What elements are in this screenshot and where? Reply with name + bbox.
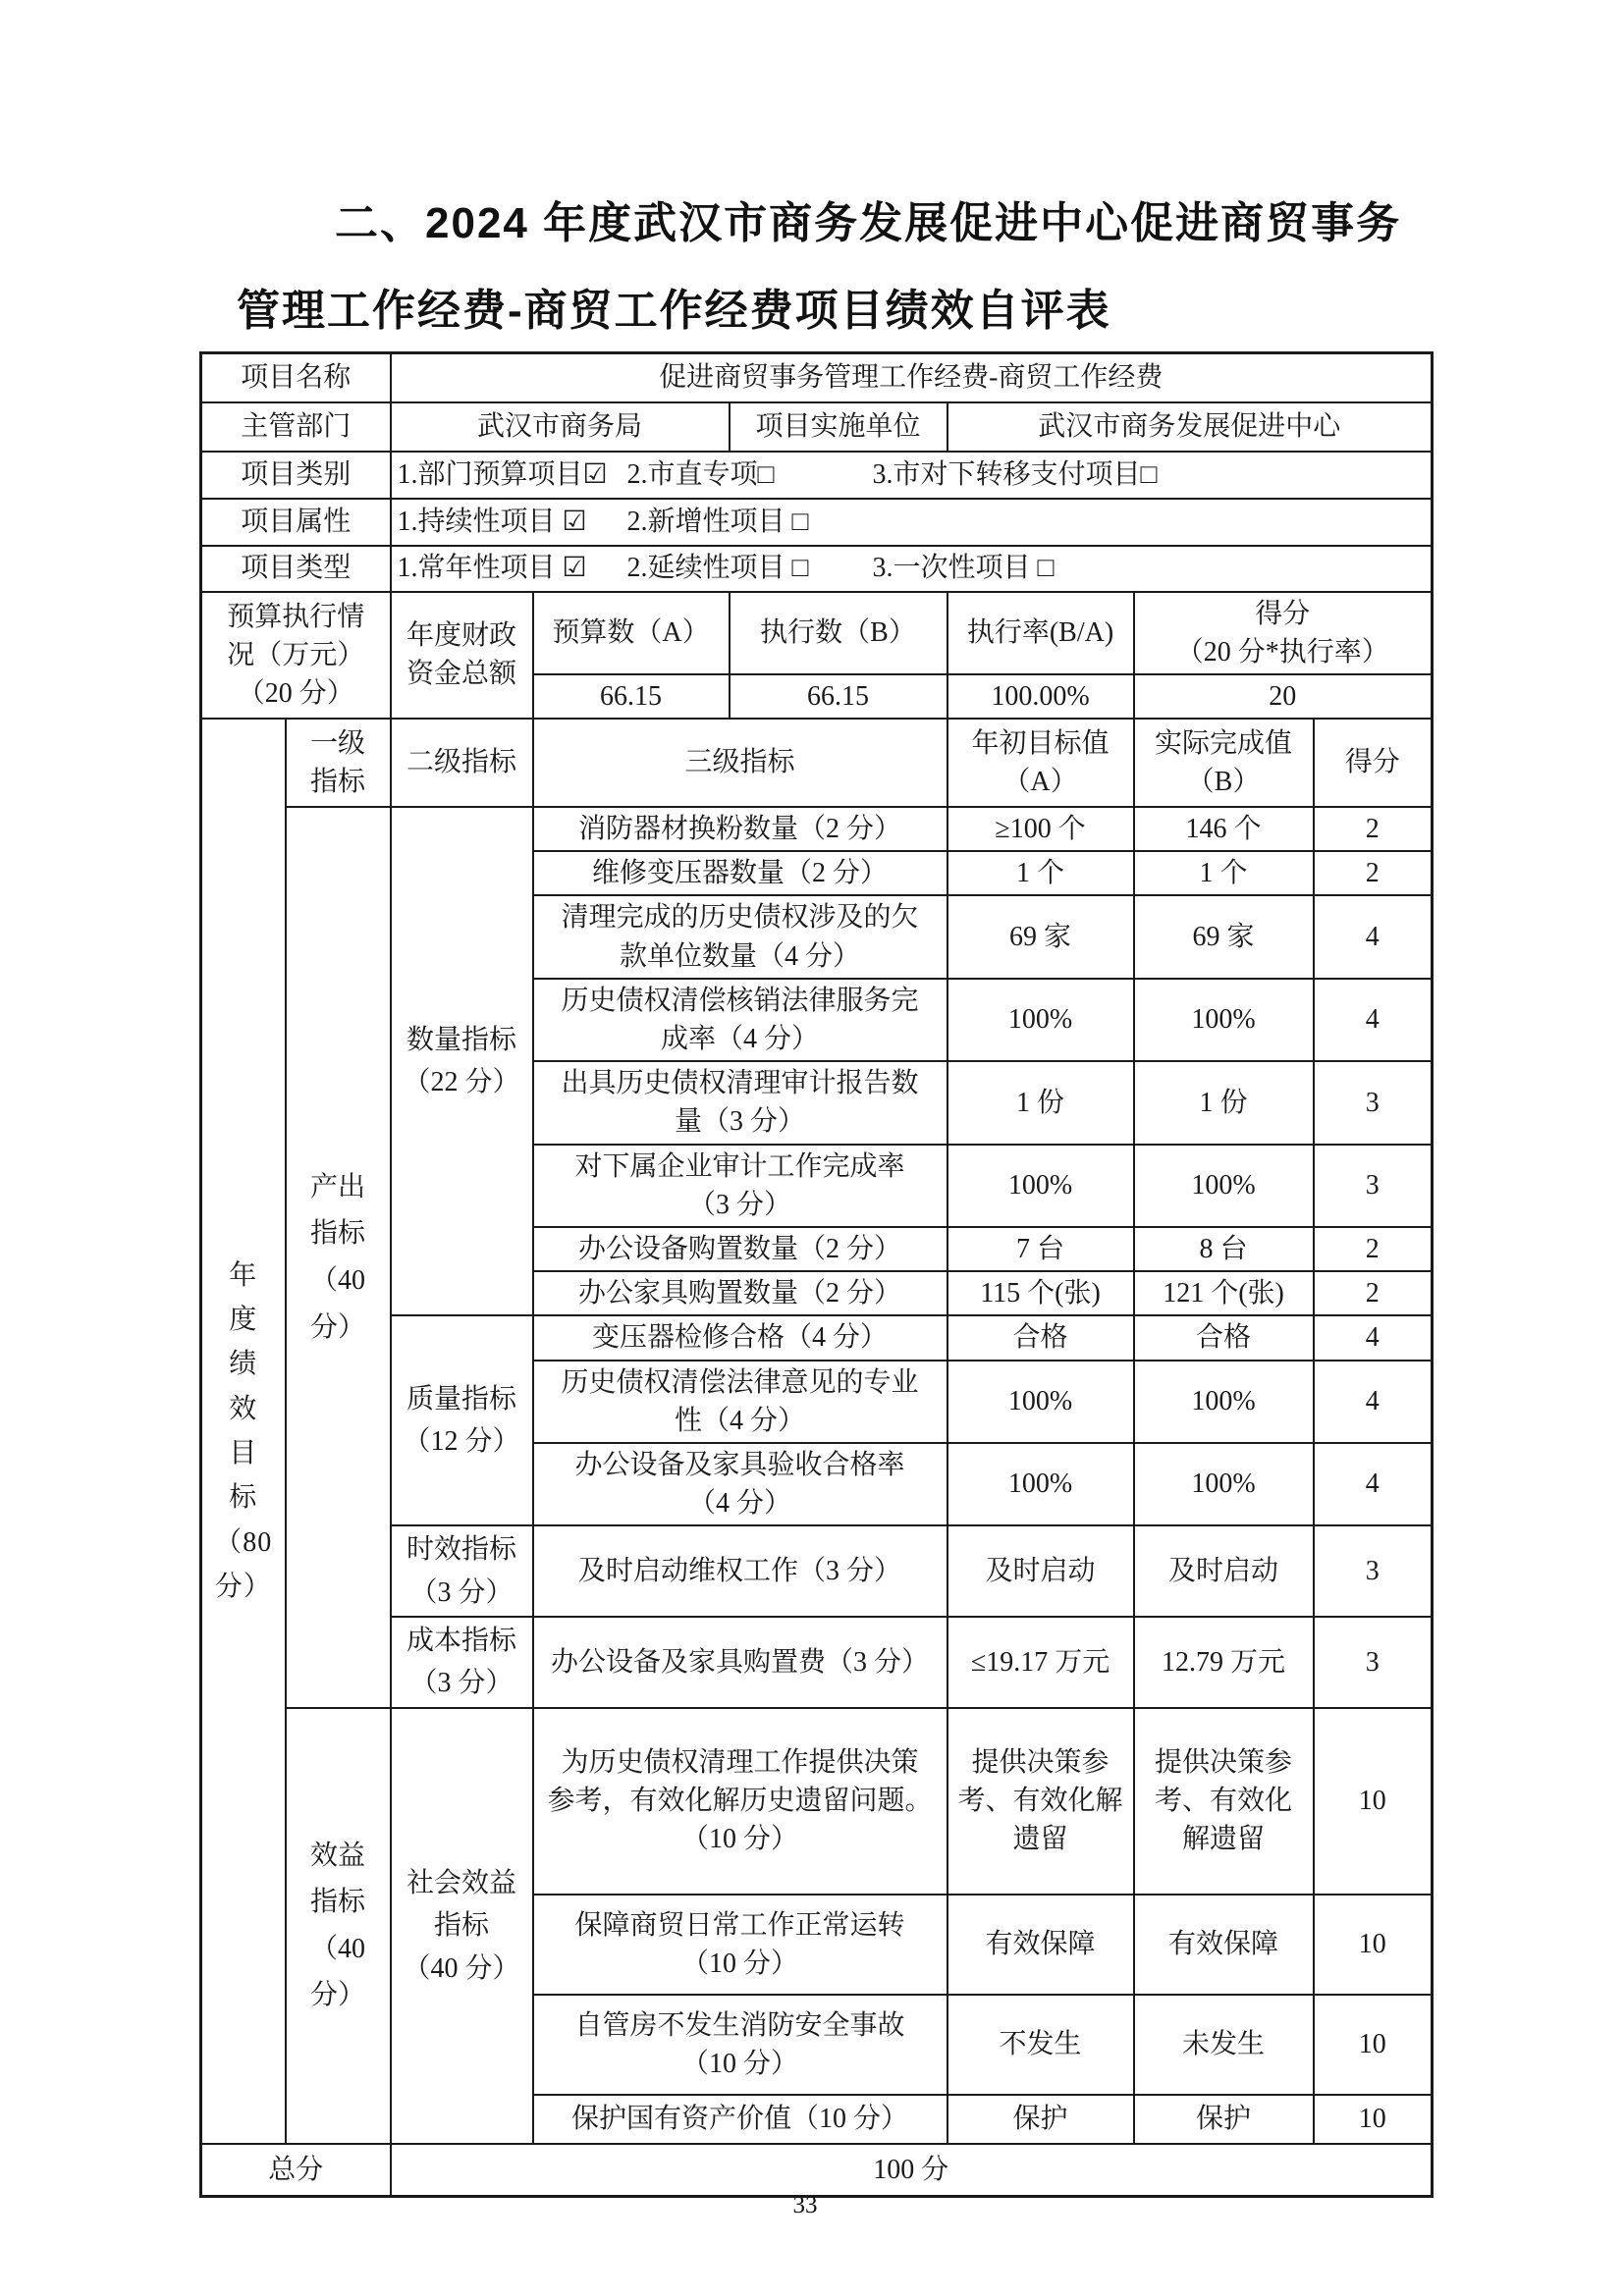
indicator-name: 历史债权清偿法律意见的专业 性（4 分） bbox=[533, 1361, 947, 1443]
attribute-label: 项目属性 bbox=[201, 499, 391, 546]
indicator-actual: 100% bbox=[1134, 1145, 1314, 1227]
table-row: 项目名称 促进商贸事务管理工作经费-商贸工作经费 bbox=[201, 353, 1433, 402]
indicator-score: 2 bbox=[1314, 851, 1433, 895]
indicator-score: 2 bbox=[1314, 1227, 1433, 1271]
header-level1: 一级 指标 bbox=[286, 719, 391, 807]
budget-col-exec: 执行数（B） bbox=[730, 592, 947, 674]
budget-value: 66.15 bbox=[533, 674, 730, 719]
indicator-score: 10 bbox=[1314, 2095, 1433, 2144]
indicator-target: ≥100 个 bbox=[947, 807, 1134, 851]
level2-timeliness-indicator: 时效指标 （3 分） bbox=[391, 1525, 533, 1617]
page-number: 33 bbox=[0, 2192, 1610, 2219]
table-row: 产出 指标 （40 分） 数量指标 （22 分） 消防器材换粉数量（2 分） ≥… bbox=[201, 807, 1433, 851]
indicator-target: 合格 bbox=[947, 1315, 1134, 1360]
budget-total-label: 年度财政 资金总额 bbox=[391, 592, 533, 720]
indicator-score: 10 bbox=[1314, 1995, 1433, 2095]
indicator-actual: 有效保障 bbox=[1134, 1895, 1314, 1995]
indicator-score: 4 bbox=[1314, 1315, 1433, 1360]
indicator-target: 115 个(张) bbox=[947, 1271, 1134, 1315]
indicator-name: 清理完成的历史债权涉及的欠 款单位数量（4 分） bbox=[533, 895, 947, 978]
title-line-1: 二、2024 年度武汉市商务发展促进中心促进商贸事务 bbox=[335, 196, 1431, 250]
indicator-actual: 100% bbox=[1134, 1361, 1314, 1443]
dept-value: 武汉市商务局 bbox=[391, 402, 730, 452]
indicator-actual: 提供决策参 考、有效化 解遗留 bbox=[1134, 1708, 1314, 1895]
indicator-target: 1 份 bbox=[947, 1061, 1134, 1144]
indicator-actual: 121 个(张) bbox=[1134, 1271, 1314, 1315]
title-line-2: 管理工作经费-商贸工作经费项目绩效自评表 bbox=[237, 284, 1431, 338]
indicator-actual: 及时启动 bbox=[1134, 1525, 1314, 1617]
indicator-actual: 未发生 bbox=[1134, 1995, 1314, 2095]
indicator-score: 4 bbox=[1314, 1361, 1433, 1443]
header-score: 得分 bbox=[1314, 719, 1433, 807]
indicator-name: 办公设备购置数量（2 分） bbox=[533, 1227, 947, 1271]
indicator-name: 及时启动维权工作（3 分） bbox=[533, 1525, 947, 1617]
header-target: 年初目标值 （A） bbox=[947, 719, 1134, 807]
indicator-score: 2 bbox=[1314, 1271, 1433, 1315]
document-page: 二、2024 年度武汉市商务发展促进中心促进商贸事务 管理工作经费-商贸工作经费… bbox=[0, 0, 1624, 2296]
level1-output-indicator: 产出 指标 （40 分） bbox=[286, 807, 391, 1708]
table-row: 总分 100 分 bbox=[201, 2144, 1433, 2197]
type-option-1-checked-checkbox: 1.常年性项目 ☑ bbox=[398, 549, 627, 587]
indicator-target: 有效保障 bbox=[947, 1895, 1134, 1995]
table-row: 项目属性 1.持续性项目 ☑2.新增性项目 □ bbox=[201, 499, 1433, 546]
indicator-actual: 1 份 bbox=[1134, 1061, 1314, 1144]
indicator-actual: 69 家 bbox=[1134, 895, 1314, 978]
indicator-name: 自管房不发生消防安全事故 （10 分） bbox=[533, 1995, 947, 2095]
indicator-actual: 合格 bbox=[1134, 1315, 1314, 1360]
level2-quantity-indicator: 数量指标 （22 分） bbox=[391, 807, 533, 1315]
table-row: 项目类别 1.部门预算项目☑2.市直专项□3.市对下转移支付项目□ bbox=[201, 452, 1433, 499]
category-option-3-checkbox: 3.市对下转移支付项目□ bbox=[873, 459, 1158, 490]
level2-cost-indicator: 成本指标 （3 分） bbox=[391, 1617, 533, 1708]
indicator-target: 100% bbox=[947, 1145, 1134, 1227]
indicator-actual: 100% bbox=[1134, 979, 1314, 1061]
budget-col-rate: 执行率(B/A) bbox=[947, 592, 1134, 674]
indicator-score: 4 bbox=[1314, 1443, 1433, 1525]
annual-target-label: 年 度 绩 效 目 标 （80 分） bbox=[201, 719, 286, 2144]
indicator-name: 消防器材换粉数量（2 分） bbox=[533, 807, 947, 851]
indicator-score: 2 bbox=[1314, 807, 1433, 851]
header-level3: 三级指标 bbox=[533, 719, 947, 807]
level2-quality-indicator: 质量指标 （12 分） bbox=[391, 1315, 533, 1525]
indicator-score: 4 bbox=[1314, 979, 1433, 1061]
indicator-actual: 8 台 bbox=[1134, 1227, 1314, 1271]
indicator-name: 保护国有资产价值（10 分） bbox=[533, 2095, 947, 2144]
indicator-score: 3 bbox=[1314, 1525, 1433, 1617]
level1-benefit-indicator: 效益 指标 （40 分） bbox=[286, 1708, 391, 2144]
indicator-target: 不发生 bbox=[947, 1995, 1134, 2095]
total-score-label: 总分 bbox=[201, 2144, 391, 2197]
budget-col-score: 得分 （20 分*执行率） bbox=[1134, 592, 1433, 674]
indicator-name: 办公设备及家具验收合格率 （4 分） bbox=[533, 1443, 947, 1525]
category-option-1-checked-checkbox: 1.部门预算项目☑ bbox=[398, 455, 627, 494]
budget-score-value: 20 bbox=[1134, 674, 1433, 719]
table-row: 预算执行情 况（万元） （20 分） 年度财政 资金总额 预算数（A） 执行数（… bbox=[201, 592, 1433, 674]
indicator-name: 历史债权清偿核销法律服务完 成率（4 分） bbox=[533, 979, 947, 1061]
document-title: 二、2024 年度武汉市商务发展促进中心促进商贸事务 管理工作经费-商贸工作经费… bbox=[199, 0, 1431, 338]
indicator-score: 4 bbox=[1314, 895, 1433, 978]
header-level2: 二级指标 bbox=[391, 719, 533, 807]
rate-value: 100.00% bbox=[947, 674, 1134, 719]
indicator-target: 100% bbox=[947, 1443, 1134, 1525]
indicator-target: 提供决策参 考、有效化解 遗留 bbox=[947, 1708, 1134, 1895]
indicator-score: 3 bbox=[1314, 1061, 1433, 1144]
budget-col-budget: 预算数（A） bbox=[533, 592, 730, 674]
attribute-option-2-checkbox: 2.新增性项目 □ bbox=[627, 503, 873, 541]
header-actual: 实际完成值 （B） bbox=[1134, 719, 1314, 807]
indicator-actual: 1 个 bbox=[1134, 851, 1314, 895]
indicator-target: 100% bbox=[947, 979, 1134, 1061]
exec-value: 66.15 bbox=[730, 674, 947, 719]
impl-unit-value: 武汉市商务发展促进中心 bbox=[947, 402, 1433, 452]
indicator-name: 保障商贸日常工作正常运转 （10 分） bbox=[533, 1895, 947, 1995]
category-label: 项目类别 bbox=[201, 452, 391, 499]
table-row: 主管部门 武汉市商务局 项目实施单位 武汉市商务发展促进中心 bbox=[201, 402, 1433, 452]
indicator-name: 为历史债权清理工作提供决策 参考，有效化解历史遗留问题。 （10 分） bbox=[533, 1708, 947, 1895]
project-name-value: 促进商贸事务管理工作经费-商贸工作经费 bbox=[391, 353, 1433, 402]
level2-social-benefit-indicator: 社会效益 指标 （40 分） bbox=[391, 1708, 533, 2144]
indicator-target: 100% bbox=[947, 1361, 1134, 1443]
type-option-2-checkbox: 2.延续性项目 □ bbox=[627, 549, 873, 587]
indicator-name: 对下属企业审计工作完成率 （3 分） bbox=[533, 1145, 947, 1227]
indicator-target: 69 家 bbox=[947, 895, 1134, 978]
category-option-2-checkbox: 2.市直专项□ bbox=[627, 455, 873, 494]
indicator-score: 3 bbox=[1314, 1145, 1433, 1227]
project-name-label: 项目名称 bbox=[201, 353, 391, 402]
indicator-name: 维修变压器数量（2 分） bbox=[533, 851, 947, 895]
indicator-actual: 12.79 万元 bbox=[1134, 1617, 1314, 1708]
table-row: 效益 指标 （40 分） 社会效益 指标 （40 分） 为历史债权清理工作提供决… bbox=[201, 1708, 1433, 1895]
indicator-score: 10 bbox=[1314, 1895, 1433, 1995]
attribute-options: 1.持续性项目 ☑2.新增性项目 □ bbox=[391, 499, 1433, 546]
type-options: 1.常年性项目 ☑2.延续性项目 □3.一次性项目 □ bbox=[391, 546, 1433, 592]
table-row: 项目类型 1.常年性项目 ☑2.延续性项目 □3.一次性项目 □ bbox=[201, 546, 1433, 592]
type-label: 项目类型 bbox=[201, 546, 391, 592]
attribute-option-1-checked-checkbox: 1.持续性项目 ☑ bbox=[398, 503, 627, 541]
self-evaluation-table: 项目名称 促进商贸事务管理工作经费-商贸工作经费 主管部门 武汉市商务局 项目实… bbox=[199, 351, 1434, 2198]
indicator-name: 变压器检修合格（4 分） bbox=[533, 1315, 947, 1360]
indicator-score: 10 bbox=[1314, 1708, 1433, 1895]
table-row: 年 度 绩 效 目 标 （80 分） 一级 指标 二级指标 三级指标 年初目标值… bbox=[201, 719, 1433, 807]
indicator-target: 7 台 bbox=[947, 1227, 1134, 1271]
document-content: 二、2024 年度武汉市商务发展促进中心促进商贸事务 管理工作经费-商贸工作经费… bbox=[199, 0, 1431, 2198]
budget-section-label: 预算执行情 况（万元） （20 分） bbox=[201, 592, 391, 720]
dept-label: 主管部门 bbox=[201, 402, 391, 452]
indicator-target: 及时启动 bbox=[947, 1525, 1134, 1617]
impl-unit-label: 项目实施单位 bbox=[730, 402, 947, 452]
indicator-target: 1 个 bbox=[947, 851, 1134, 895]
type-option-3-checkbox: 3.一次性项目 □ bbox=[873, 553, 1055, 583]
indicator-score: 3 bbox=[1314, 1617, 1433, 1708]
category-options: 1.部门预算项目☑2.市直专项□3.市对下转移支付项目□ bbox=[391, 452, 1433, 499]
indicator-name: 出具历史债权清理审计报告数 量（3 分） bbox=[533, 1061, 947, 1144]
indicator-target: 保护 bbox=[947, 2095, 1134, 2144]
indicator-actual: 146 个 bbox=[1134, 807, 1314, 851]
indicator-actual: 保护 bbox=[1134, 2095, 1314, 2144]
indicator-actual: 100% bbox=[1134, 1443, 1314, 1525]
total-score-value: 100 分 bbox=[391, 2144, 1433, 2197]
indicator-target: ≤19.17 万元 bbox=[947, 1617, 1134, 1708]
indicator-name: 办公家具购置数量（2 分） bbox=[533, 1271, 947, 1315]
indicator-name: 办公设备及家具购置费（3 分） bbox=[533, 1617, 947, 1708]
